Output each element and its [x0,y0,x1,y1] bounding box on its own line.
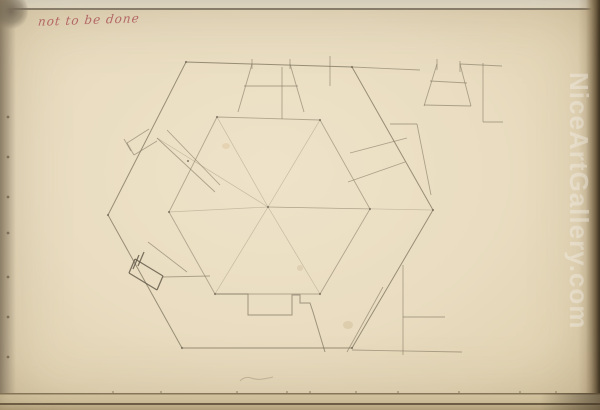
radial-line [268,207,320,294]
radial-line [268,120,320,207]
pencil-line [238,64,252,112]
vertex-dots [107,61,434,349]
outer-hexagon [108,62,433,348]
radial-line [268,207,433,210]
pencil-line [157,138,215,192]
vertex-dot [319,293,321,295]
vertex-dot [214,293,216,295]
vertex-dot [187,160,189,162]
pencil-line [424,105,471,106]
gallery-watermark: NiceArtGallery.com [563,72,594,329]
paper-stain [343,321,353,329]
vertex-dot [185,61,187,63]
pencil-line [460,64,502,66]
pencil-line [167,130,220,185]
paper-stain [222,143,230,149]
faint-scribble [240,377,273,381]
vertex-dot [267,206,269,208]
detail-lines [124,56,503,355]
sketchbook-photo: not to be done NiceArtGallery.com [0,0,600,410]
pencil-line [417,124,431,195]
pencil-line [348,162,405,182]
radial-line [215,207,268,294]
pencil-line [163,276,210,277]
pencil-line [347,287,383,352]
vertex-dot [107,214,109,216]
vertex-dot [369,208,371,210]
inner-hexagon [169,117,370,294]
pencil-line [352,350,462,352]
stitch-hole [7,316,10,319]
stepped-profile [215,294,325,352]
pencil-line [134,141,157,155]
pencil-line [424,64,437,106]
pencil-line [460,64,471,106]
stitch-hole [7,276,10,279]
stitch-hole [7,116,10,119]
vertex-dot [351,347,353,349]
pencil-line [127,143,134,155]
stitch-hole [7,232,10,235]
vertex-dot [168,211,170,213]
pencil-line [290,64,304,112]
page-stack-bottom-edge [0,393,600,410]
vertex-dot [432,209,434,211]
vertex-dot [181,347,183,349]
vertex-dot [216,116,218,118]
stitch-hole [7,196,10,199]
bottom-corner-shadow [540,393,600,410]
paper-stain [297,265,303,271]
stitch-holes [7,116,10,359]
stitch-hole [7,356,10,359]
vertex-dot [319,119,321,121]
pencil-line [430,81,467,83]
turret-line [157,276,163,290]
stitch-hole [7,156,10,159]
radial-line [157,138,268,207]
pencil-line [350,138,407,153]
pencil-sketch [0,0,600,410]
vertex-dot [351,66,353,68]
radial-construction-lines [157,117,433,294]
radial-line [169,207,268,212]
radial-line [217,117,268,207]
pencil-line [352,67,420,70]
turret-line [129,273,157,290]
pencil-line [148,242,187,272]
